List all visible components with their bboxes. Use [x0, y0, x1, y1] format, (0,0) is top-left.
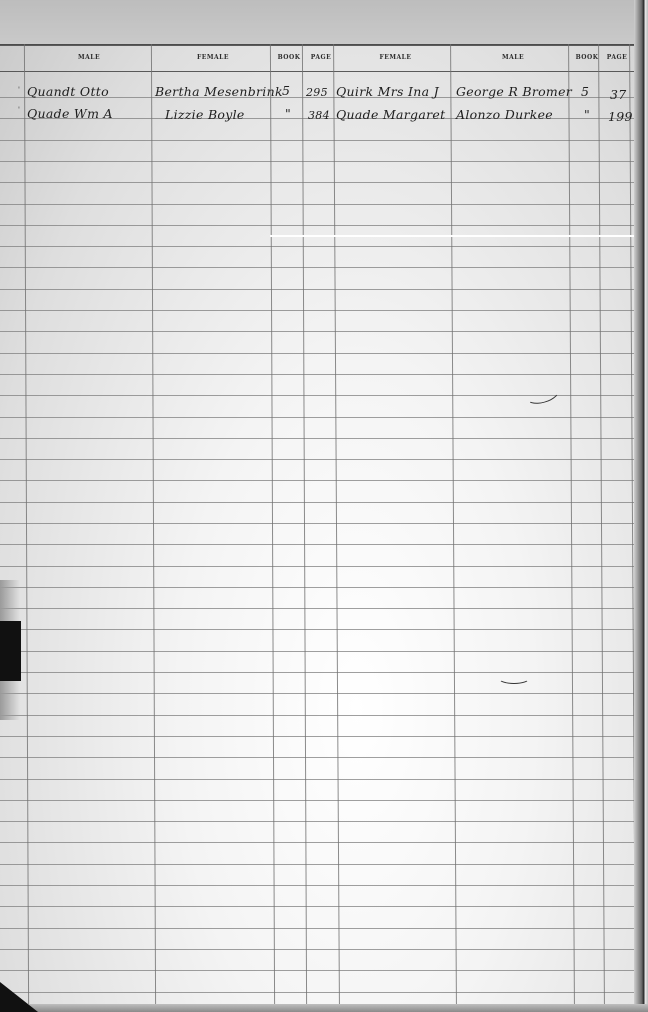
ruled-line: [0, 544, 636, 545]
female-name: Quirk Mrs Ina J: [336, 84, 439, 99]
header-male-right: MALE: [454, 54, 572, 61]
ruled-line: [0, 310, 636, 311]
header-female-left: FEMALE: [153, 54, 273, 61]
ruled-line: [0, 800, 636, 801]
male-name: George R Bromer: [456, 84, 572, 99]
column-divider: [24, 44, 29, 1004]
ruled-line: [0, 204, 636, 205]
page-number: 37: [610, 87, 627, 102]
scan-glare-line: [270, 235, 640, 237]
binding-edge: [634, 0, 648, 1012]
header-page-right: PAGE: [602, 54, 632, 61]
male-name: Quandt Otto: [27, 84, 109, 99]
ruled-line: [0, 225, 636, 226]
page-number: 295: [306, 86, 328, 99]
ruled-line: [0, 182, 636, 183]
ruled-line: [0, 374, 636, 375]
female-name: Quade Margaret: [336, 107, 445, 122]
ruled-line: [0, 417, 636, 418]
ruled-line: [0, 523, 636, 524]
ruled-line: [0, 992, 636, 993]
column-divider: [270, 44, 275, 1004]
ruled-line: [0, 885, 636, 886]
book-number: 5: [581, 84, 589, 99]
page-corner: [0, 982, 38, 1012]
ruled-line: [0, 480, 636, 481]
ruled-line: [0, 267, 636, 268]
ruled-line: [0, 71, 636, 72]
ruled-line: [0, 44, 636, 45]
page-top-margin: [0, 0, 648, 46]
ruled-line: [0, 246, 636, 247]
book-ditto: ": [584, 107, 590, 122]
ruled-line: [0, 779, 636, 780]
ruled-line: [0, 970, 636, 971]
male-name: Quade Wm A: [27, 106, 113, 121]
ruled-line: [0, 672, 636, 673]
ruled-line: [0, 651, 636, 652]
ruled-line: [0, 502, 636, 503]
ruled-line: [0, 906, 636, 907]
ink-scribble: [522, 379, 562, 408]
ruled-line: [0, 587, 636, 588]
male-name: Alonzo Durkee: [456, 107, 553, 122]
ruled-line: [0, 928, 636, 929]
header-book-right: BOOK: [572, 54, 602, 61]
ruled-line: [0, 161, 636, 162]
female-name: Bertha Mesenbrink: [155, 84, 283, 99]
column-divider: [598, 44, 605, 1004]
ruled-line: [0, 842, 636, 843]
header-page-left: PAGE: [305, 54, 337, 61]
header-female-right: FEMALE: [337, 54, 454, 61]
ruled-line: [0, 353, 636, 354]
column-divider: [151, 44, 156, 1004]
ruled-line: [0, 949, 636, 950]
ruled-line: [0, 757, 636, 758]
page-bottom-edge: [0, 1004, 648, 1012]
ink-scribble: [498, 672, 530, 684]
ruled-line: [0, 864, 636, 865]
page-number: 199: [608, 109, 633, 124]
header-book-left: BOOK: [273, 54, 305, 61]
ruled-line: [0, 608, 636, 609]
column-divider: [302, 44, 307, 1004]
column-divider: [568, 44, 575, 1004]
page-number: 384: [308, 109, 330, 122]
column-divider: [450, 44, 457, 1004]
entry-marker: ': [18, 86, 20, 94]
ruled-line: [0, 715, 636, 716]
ruled-line: [0, 629, 636, 630]
book-number: 5: [282, 83, 290, 98]
ruled-line: [0, 140, 636, 141]
ruled-line: [0, 438, 636, 439]
ruled-line: [0, 693, 636, 694]
female-name: Lizzie Boyle: [165, 107, 245, 122]
ruled-line: [0, 289, 636, 290]
ruled-line: [0, 566, 636, 567]
column-divider: [333, 44, 340, 1004]
ruled-line: [0, 331, 636, 332]
index-tab: [0, 621, 21, 681]
ruled-line: [0, 736, 636, 737]
ruled-line: [0, 821, 636, 822]
header-male-left: MALE: [26, 54, 152, 61]
ruled-line: [0, 459, 636, 460]
book-ditto: ": [285, 106, 291, 121]
ledger-page: MALE FEMALE BOOK PAGE FEMALE MALE BOOK P…: [0, 0, 648, 1012]
entry-marker: ': [18, 106, 20, 114]
